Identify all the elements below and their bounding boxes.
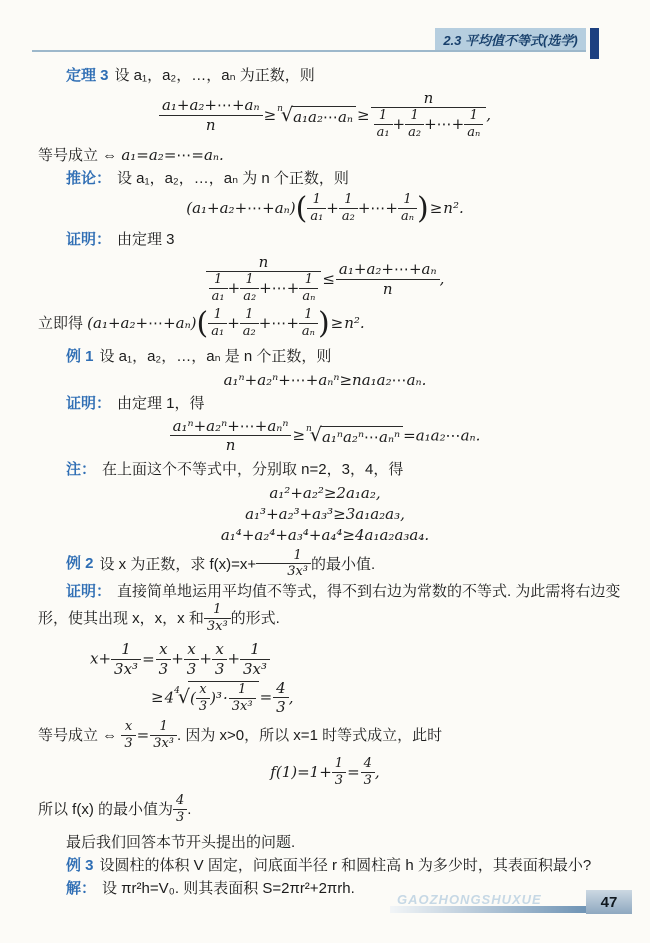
- radicand: a₁ⁿa₂ⁿ⋯aₙⁿ: [320, 426, 403, 446]
- proof3-text-line2-pre: 形，使其出现 x，x，x 和: [38, 610, 204, 627]
- radicand: (x3)³·13x³: [188, 681, 259, 715]
- geq-sign: ≥: [330, 314, 345, 332]
- geq-sign: ≥: [150, 688, 165, 706]
- formula-expansion-line1: x+13x³=x3+x3+x3+13x³: [90, 641, 612, 678]
- fraction: 13x³: [150, 720, 177, 752]
- note-text: 在上面这个不等式中，分别取 n=2，3，4，得: [102, 461, 403, 478]
- theorem3-label: 定理 3: [66, 67, 109, 84]
- formula-proof-example1: a₁ⁿ+a₂ⁿ+⋯+aₙⁿn≥n√a₁ⁿa₂ⁿ⋯aₙⁿ=a₁a₂⋯aₙ.: [38, 418, 612, 455]
- fraction: 1aₙ: [299, 273, 318, 305]
- paragraph-proof2: 证明：由定理 1，得: [38, 392, 612, 415]
- fraction: 13x³: [240, 641, 270, 678]
- paragraph-theorem3: 定理 3设 a₁，a₂，…，aₙ 为正数，则: [38, 64, 612, 87]
- fraction: 1a₂: [240, 308, 259, 340]
- proof2-text: 由定理 1，得: [117, 395, 205, 412]
- example2-text-pre: 设 x 为正数，求 f(x)=x+: [100, 555, 257, 572]
- fraction: 1a₂: [240, 273, 259, 305]
- fraction: x3: [184, 641, 200, 678]
- radicand: a₁a₂⋯aₙ: [291, 106, 356, 126]
- radical: 4√(x3)³·13x³: [174, 681, 258, 715]
- page-number: 47: [601, 894, 618, 911]
- geq-sign: ≥: [429, 199, 444, 217]
- radical: n√a₁a₂⋯aₙ: [277, 104, 356, 126]
- fraction: 13x³: [229, 683, 256, 715]
- equals-sign: =: [141, 650, 156, 668]
- equals-sign: =: [346, 763, 361, 781]
- paragraph-conclusion: 所以 f(x) 的最小值为43.: [38, 794, 612, 826]
- page-number-box: 47: [586, 890, 632, 914]
- paragraph-equality2: 等号成立 ⇔ x3=13x³. 因为 x>0，所以 x=1 时等式成立，此时: [38, 720, 612, 752]
- fraction: 1aₙ: [398, 193, 417, 225]
- geq-sign: ≥: [356, 106, 371, 124]
- fraction: 1a₁: [209, 273, 228, 305]
- proof3-label: 证明：: [66, 583, 111, 600]
- equality-chain: a₁=a₂=⋯=aₙ.: [121, 146, 223, 164]
- paragraph-example3: 例 3设圆柱的体积 V 固定，问底面半径 r 和圆柱高 h 为多少时，其表面积最…: [38, 854, 612, 877]
- paragraph-example2: 例 2设 x 为正数，求 f(x)=x+13x³的最小值.: [38, 549, 612, 581]
- formula-expansion-line2: ≥44√(x3)³·13x³=43,: [150, 680, 612, 717]
- big-paren-right: ): [318, 306, 330, 341]
- example2-text-post: 的最小值.: [311, 555, 375, 572]
- fraction: n1a₁+1a₂+⋯+1aₙ: [206, 254, 322, 305]
- proof1-label: 证明：: [66, 231, 111, 248]
- big-paren-left: (: [197, 306, 209, 341]
- example1-text: 设 a₁，a₂，…，aₙ 是 n 个正数，则: [100, 348, 332, 365]
- equality-text: 等号成立 ⇔: [38, 147, 121, 164]
- paragraph-equality-condition: 等号成立 ⇔ a₁=a₂=⋯=aₙ.: [38, 144, 612, 167]
- formula-n4: a₁⁴+a₂⁴+a₃⁴+a₄⁴≥4a₁a₂a₃a₄.: [38, 526, 612, 544]
- formula-am-gm-hm: a₁+a₂+⋯+aₙn≥n√a₁a₂⋯aₙ≥n1a₁+1a₂+⋯+1aₙ,: [38, 90, 612, 141]
- page-content: 定理 3设 a₁，a₂，…，aₙ 为正数，则 a₁+a₂+⋯+aₙn≥n√a₁a…: [38, 64, 612, 900]
- leq-sign: ≤: [321, 270, 336, 288]
- paragraph-note: 注：在上面这个不等式中，分别取 n=2，3，4，得: [38, 458, 612, 481]
- formula-hm-am: n1a₁+1a₂+⋯+1aₙ≤a₁+a₂+⋯+aₙn,: [38, 254, 612, 305]
- fraction: 1a₁: [374, 109, 393, 141]
- conclusion-pre: 所以 f(x) 的最小值为: [38, 801, 173, 818]
- example2-label: 例 2: [66, 555, 94, 572]
- solution-label: 解：: [66, 880, 96, 897]
- immediately-text: 立即得: [38, 315, 87, 332]
- fraction: x3: [212, 641, 228, 678]
- example1-label: 例 1: [66, 348, 94, 365]
- corollary-label: 推论：: [66, 170, 111, 187]
- fraction: 1a₂: [405, 109, 424, 141]
- solution-text: 设 πr²h=V₀. 则其表面积 S=2πr²+2πrh.: [102, 880, 355, 897]
- fraction: 1a₁: [307, 193, 326, 225]
- fraction: 43: [361, 757, 375, 789]
- formula-f1-value: f(1)=1+13=43,: [38, 757, 612, 789]
- formula-n3: a₁³+a₂³+a₃³≥3a₁a₂a₃,: [38, 505, 612, 523]
- formula-corollary: (a₁+a₂+⋯+aₙ)(1a₁+1a₂+⋯+1aₙ)≥n².: [38, 193, 612, 225]
- example3-label: 例 3: [66, 857, 94, 874]
- paragraph-proof3-line2: 形，使其出现 x，x，x 和13x³的形式.: [38, 603, 612, 635]
- formula-example1: a₁ⁿ+a₂ⁿ+⋯+aₙⁿ≥na₁a₂⋯aₙ.: [38, 371, 612, 389]
- formula-n2: a₁²+a₂²≥2a₁a₂,: [38, 484, 612, 502]
- fraction: a₁ⁿ+a₂ⁿ+⋯+aₙⁿn: [170, 418, 292, 455]
- fraction: x3: [121, 720, 135, 752]
- conclusion-post: .: [187, 801, 191, 818]
- example3-text: 设圆柱的体积 V 固定，问底面半径 r 和圆柱高 h 为多少时，其表面积最小?: [100, 857, 592, 874]
- big-paren-right: ): [417, 191, 429, 226]
- paragraph-immediately: 立即得 (a₁+a₂+⋯+aₙ)(1a₁+1a₂+⋯+1aₙ)≥n².: [38, 308, 612, 340]
- fraction: 13: [332, 757, 346, 789]
- header-rule: [32, 50, 586, 52]
- fraction: 1a₂: [339, 193, 358, 225]
- textbook-page: 2.3 平均值不等式(选学) 定理 3设 a₁，a₂，…，aₙ 为正数，则 a₁…: [0, 0, 650, 943]
- theorem3-text: 设 a₁，a₂，…，aₙ 为正数，则: [115, 67, 315, 84]
- fraction: a₁+a₂+⋯+aₙn: [159, 97, 263, 134]
- paragraph-corollary: 推论：设 a₁，a₂，…，aₙ 为 n 个正数，则: [38, 167, 612, 190]
- paragraph-example1: 例 1设 a₁，a₂，…，aₙ 是 n 个正数，则: [38, 345, 612, 368]
- corollary-text: 设 a₁，a₂，…，aₙ 为 n 个正数，则: [117, 170, 349, 187]
- geq-sign: ≥: [263, 106, 278, 124]
- fraction: 1aₙ: [299, 308, 318, 340]
- fraction: 43: [273, 680, 289, 717]
- fraction: 1a₁: [208, 308, 227, 340]
- fraction: 13x³: [256, 549, 311, 581]
- fraction: 13x³: [111, 641, 141, 678]
- section-title: 2.3 平均值不等式(选学): [443, 30, 577, 49]
- radical: n√a₁ⁿa₂ⁿ⋯aₙⁿ: [306, 424, 403, 446]
- equality2-pre: 等号成立 ⇔: [38, 727, 121, 744]
- paragraph-proof3-line1: 证明：直接简单地运用平均值不等式，得不到右边为常数的不等式. 为此需将右边变: [38, 580, 612, 603]
- paragraph-proof1: 证明：由定理 3: [38, 228, 612, 251]
- proof3-text-line2-post: 的形式.: [231, 610, 280, 627]
- fraction: n1a₁+1a₂+⋯+1aₙ: [371, 90, 487, 141]
- equals-sign: =: [259, 688, 274, 706]
- proof1-text: 由定理 3: [117, 231, 175, 248]
- proof3-text-line1: 直接简单地运用平均值不等式，得不到右边为常数的不等式. 为此需将右边变: [117, 583, 620, 600]
- proof2-label: 证明：: [66, 395, 111, 412]
- fraction: x3: [196, 683, 210, 715]
- equals-sign: =: [136, 726, 151, 744]
- equality2-post: . 因为 x>0，所以 x=1 时等式成立，此时: [177, 727, 442, 744]
- fraction: 13x³: [204, 603, 231, 635]
- fraction: a₁+a₂+⋯+aₙn: [336, 261, 440, 298]
- big-paren-left: (: [296, 191, 308, 226]
- section-header-box: 2.3 平均值不等式(选学): [435, 28, 586, 51]
- fraction: 1aₙ: [464, 109, 483, 141]
- footer-bar: [390, 906, 586, 913]
- fraction: x3: [156, 641, 172, 678]
- geq-sign: ≥: [291, 426, 306, 444]
- cdot-sign: ·: [222, 689, 229, 707]
- note-label: 注：: [66, 461, 96, 478]
- paragraph-final-remark: 最后我们回答本节开头提出的问题.: [38, 831, 612, 854]
- footer-watermark: GAOZHONGSHUXUE: [397, 892, 542, 907]
- fraction: 43: [173, 794, 187, 826]
- header-accent-bar: [590, 28, 599, 59]
